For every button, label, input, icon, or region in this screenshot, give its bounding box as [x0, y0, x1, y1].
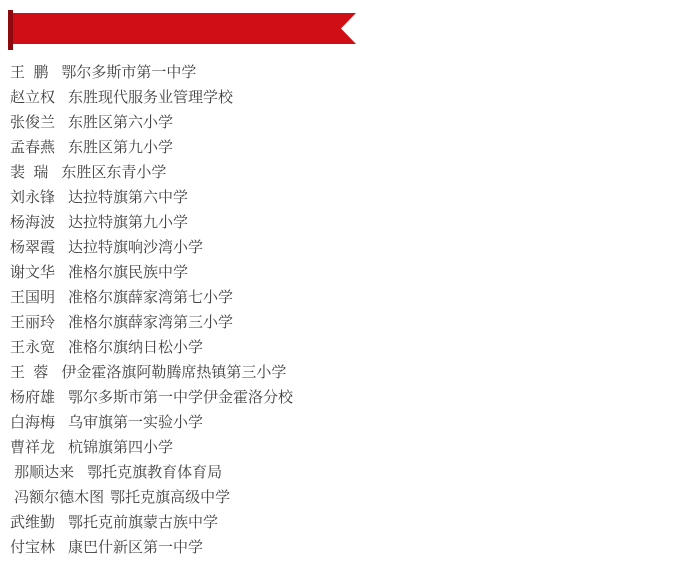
list-item: 王 蓉 伊金霍洛旗阿勒腾席热镇第三小学	[10, 360, 293, 385]
list-item: 王永宽 准格尔旗纳日松小学	[10, 335, 293, 360]
person-school: 乌审旗第一实验小学	[68, 410, 203, 435]
person-name: 曹祥龙	[10, 435, 55, 460]
person-name: 冯额尔德木图	[10, 485, 104, 510]
list-item: 武维勤 鄂托克前旗蒙古族中学	[10, 510, 293, 535]
person-name: 王 鹏	[10, 60, 48, 85]
person-school: 准格尔旗民族中学	[68, 260, 188, 285]
list-item: 曹祥龙 杭锦旗第四小学	[10, 435, 293, 460]
list-item: 王国明 准格尔旗薛家湾第七小学	[10, 285, 293, 310]
list-item: 王丽玲 准格尔旗薛家湾第三小学	[10, 310, 293, 335]
person-name: 张俊兰	[10, 110, 55, 135]
list-item: 那顺达来 鄂托克旗教育体育局	[10, 460, 293, 485]
person-school: 准格尔旗薛家湾第七小学	[68, 285, 233, 310]
person-school: 鄂尔多斯市第一中学伊金霍洛分校	[68, 385, 293, 410]
list-item: 张俊兰 东胜区第六小学	[10, 110, 293, 135]
person-school: 鄂托克旗高级中学	[110, 485, 230, 510]
list-item: 白海梅 乌审旗第一实验小学	[10, 410, 293, 435]
person-name: 杨翠霞	[10, 235, 55, 260]
list-item: 杨府雄 鄂尔多斯市第一中学伊金霍洛分校	[10, 385, 293, 410]
person-name: 孟春燕	[10, 135, 55, 160]
person-school: 东胜区东青小学	[61, 160, 166, 185]
person-name: 付宝林	[10, 535, 55, 560]
person-name: 裴 瑞	[10, 160, 48, 185]
person-school: 鄂尔多斯市第一中学	[61, 60, 196, 85]
list-item: 杨海波 达拉特旗第九小学	[10, 210, 293, 235]
list-item: 孟春燕 东胜区第九小学	[10, 135, 293, 160]
person-school: 鄂托克前旗蒙古族中学	[68, 510, 218, 535]
person-school: 准格尔旗纳日松小学	[68, 335, 203, 360]
person-school: 达拉特旗响沙湾小学	[68, 235, 203, 260]
person-name: 赵立权	[10, 85, 55, 110]
list-item: 王 鹏 鄂尔多斯市第一中学	[10, 60, 293, 85]
document-page: 五、 全市德育工作先进个人（20名） 王 鹏 鄂尔多斯市第一中学 赵立权 东胜现…	[0, 0, 676, 567]
person-name: 那顺达来	[10, 460, 74, 485]
person-name: 刘永锋	[10, 185, 55, 210]
person-name: 杨海波	[10, 210, 55, 235]
list-item: 赵立权 东胜现代服务业管理学校	[10, 85, 293, 110]
person-school: 伊金霍洛旗阿勒腾席热镇第三小学	[61, 360, 286, 385]
person-name: 王 蓉	[10, 360, 48, 385]
header-ribbon: 五、 全市德育工作先进个人（20名）	[13, 13, 356, 44]
person-name: 王永宽	[10, 335, 55, 360]
person-school: 东胜现代服务业管理学校	[68, 85, 233, 110]
list-item: 付宝林 康巴什新区第一中学	[10, 535, 293, 560]
person-name: 武维勤	[10, 510, 55, 535]
person-school: 达拉特旗第六中学	[68, 185, 188, 210]
person-school: 东胜区第六小学	[68, 110, 173, 135]
header-accent-bar	[8, 10, 13, 50]
person-name: 谢文华	[10, 260, 55, 285]
person-name: 王国明	[10, 285, 55, 310]
person-school: 康巴什新区第一中学	[68, 535, 203, 560]
list-item: 冯额尔德木图 鄂托克旗高级中学	[10, 485, 293, 510]
person-school: 准格尔旗薛家湾第三小学	[68, 310, 233, 335]
person-school: 东胜区第九小学	[68, 135, 173, 160]
award-list: 王 鹏 鄂尔多斯市第一中学 赵立权 东胜现代服务业管理学校 张俊兰 东胜区第六小…	[10, 60, 293, 560]
person-name: 王丽玲	[10, 310, 55, 335]
list-item: 杨翠霞 达拉特旗响沙湾小学	[10, 235, 293, 260]
person-school: 达拉特旗第九小学	[68, 210, 188, 235]
list-item: 裴 瑞 东胜区东青小学	[10, 160, 293, 185]
person-school: 杭锦旗第四小学	[68, 435, 173, 460]
list-item: 谢文华 准格尔旗民族中学	[10, 260, 293, 285]
person-name: 杨府雄	[10, 385, 55, 410]
person-name: 白海梅	[10, 410, 55, 435]
list-item: 刘永锋 达拉特旗第六中学	[10, 185, 293, 210]
person-school: 鄂托克旗教育体育局	[87, 460, 222, 485]
